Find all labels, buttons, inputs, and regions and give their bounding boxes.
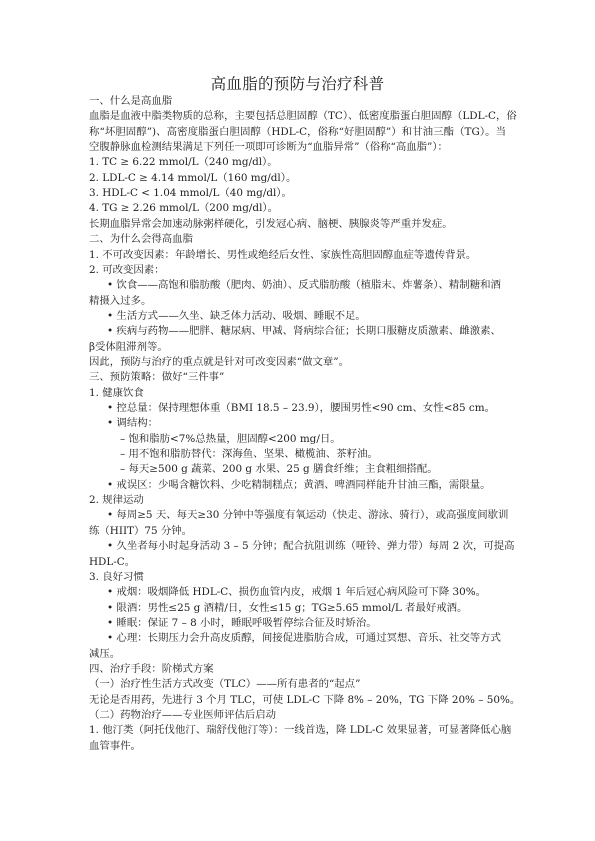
document-title: 高血脂的预防与治疗科普 <box>0 74 595 94</box>
text-line-subheading: （二）药物治疗——专业医师评估后启动 <box>89 708 276 723</box>
document-page: 高血脂的预防与治疗科普 一、什么是高血脂血脂是血液中脂类物质的总称，主要包括总胆… <box>0 0 595 841</box>
text-line-body: β受体阻滞剂等。 <box>89 340 168 355</box>
text-line-criterion: 4. TG ≥ 2.26 mmol/L（200 mg/dl）。 <box>89 201 278 216</box>
text-line-subheading: 3. 良好习惯 <box>89 570 144 585</box>
text-line-bullet: • 心理：长期压力会升高皮质醇，间接促进脂肪合成，可通过冥想、音乐、社交等方式 <box>107 631 501 646</box>
text-line-body: 空腹静脉血检测结果满足下列任一项即可诊断为“血脂异常”（俗称“高血脂”）： <box>89 140 448 155</box>
text-line-criterion: 2. LDL-C ≥ 4.14 mmol/L（160 mg/dl）。 <box>89 171 296 186</box>
text-line-dash: – 饱和脂肪<7%总热量，胆固醇<200 mg/日。 <box>120 432 341 447</box>
text-line-body: 练（HIIT）75 分钟。 <box>89 524 192 539</box>
text-line-bullet: • 戒误区：少喝含糖饮料、少吃精制糕点；黄酒、啤酒同样能升甘油三酯，需限量。 <box>107 478 491 493</box>
text-line-bullet: • 限酒：男性≤25 g 酒精/日，女性≤15 g；TG≥5.65 mmol/L… <box>107 601 467 616</box>
text-line-bullet: • 控总量：保持理想体重（BMI 18.5 – 23.9），腰围男性<90 cm… <box>107 401 495 416</box>
text-line-body: 血管事件。 <box>89 739 141 754</box>
text-line-dash: – 每天≥500 g 蔬菜、200 g 水果、25 g 膳食纤维；主食粗细搭配。 <box>120 462 438 477</box>
text-line-subheading: 1. 健康饮食 <box>89 386 144 401</box>
text-line-body: 1. 他汀类（阿托伐他汀、瑞舒伐他汀等）：一线首选，降 LDL-C 效果显著，可… <box>89 723 511 738</box>
text-line-bullet: • 疾病与药物——肥胖、糖尿病、甲减、肾病综合征；长期口服糖皮质激素、雌激素、 <box>107 324 501 339</box>
text-line-subheading: （一）治疗性生活方式改变（TLC）——所有患者的“起点” <box>89 677 360 692</box>
text-line-bullet: • 调结构： <box>107 416 158 431</box>
text-line-body: HDL-C。 <box>89 555 135 570</box>
text-line-body: 长期血脂异常会加速动脉粥样硬化，引发冠心病、脑梗、胰腺炎等严重并发症。 <box>89 217 453 232</box>
text-line-dash: – 用不饱和脂肪替代：深海鱼、坚果、橄榄油、茶籽油。 <box>120 447 378 462</box>
text-line-criterion: 1. TC ≥ 6.22 mmol/L（240 mg/dl）。 <box>89 155 278 170</box>
text-line-criterion: 3. HDL-C < 1.04 mmol/L（40 mg/dl）。 <box>89 186 292 201</box>
text-line-bullet: • 生活方式——久坐、缺乏体力活动、吸烟、睡眠不足。 <box>107 309 366 324</box>
text-line-body: 因此，预防与治疗的重点就是针对可改变因素“做文章”。 <box>89 355 349 370</box>
text-line-body: 2. 可改变因素： <box>89 263 165 278</box>
text-line-bullet: • 睡眠：保证 7 – 8 小时，睡眠呼吸暂停综合征及时矫治。 <box>107 616 377 631</box>
text-line-heading: 一、什么是高血脂 <box>89 94 172 109</box>
text-line-body: 1. 不可改变因素：年龄增长、男性或绝经后女性、家族性高胆固醇血症等遗传背景。 <box>89 248 476 263</box>
text-line-body: 减压。 <box>89 647 120 662</box>
text-line-body: 无论是否用药，先进行 3 个月 TLC，可使 LDL-C 下降 8% – 20%… <box>89 693 520 708</box>
text-line-body: 血脂是血液中脂类物质的总称，主要包括总胆固醇（TC）、低密度脂蛋白胆固醇（LDL… <box>89 109 506 124</box>
text-line-subheading: 2. 规律运动 <box>89 493 144 508</box>
text-line-heading: 三、预防策略：做好“三件事” <box>89 370 224 385</box>
text-line-body: 称“坏胆固醇”)、高密度脂蛋白胆固醇（HDL-C，俗称“好胆固醇”）和甘油三酯（… <box>89 125 506 140</box>
text-line-bullet: • 每周≥5 天、每天≥30 分钟中等强度有氧运动（快走、游泳、骑行），或高强度… <box>107 508 508 523</box>
text-line-bullet: • 久坐者每小时起身活动 3 – 5 分钟；配合抗阻训练（哑铃、弹力带）每周 2… <box>107 539 515 554</box>
text-line-bullet: • 戒烟：吸烟降低 HDL-C、损伤血管内皮，戒烟 1 年后冠心病风险可下降 3… <box>107 585 486 600</box>
text-line-body: 精摄入过多。 <box>89 294 151 309</box>
text-line-heading: 四、治疗手段：阶梯式方案 <box>89 662 214 677</box>
text-line-heading: 二、为什么会得高血脂 <box>89 232 193 247</box>
text-line-bullet: • 饮食——高饱和脂肪酸（肥肉、奶油）、反式脂肪酸（植脂末、炸薯条）、精制糖和酒 <box>107 278 501 293</box>
